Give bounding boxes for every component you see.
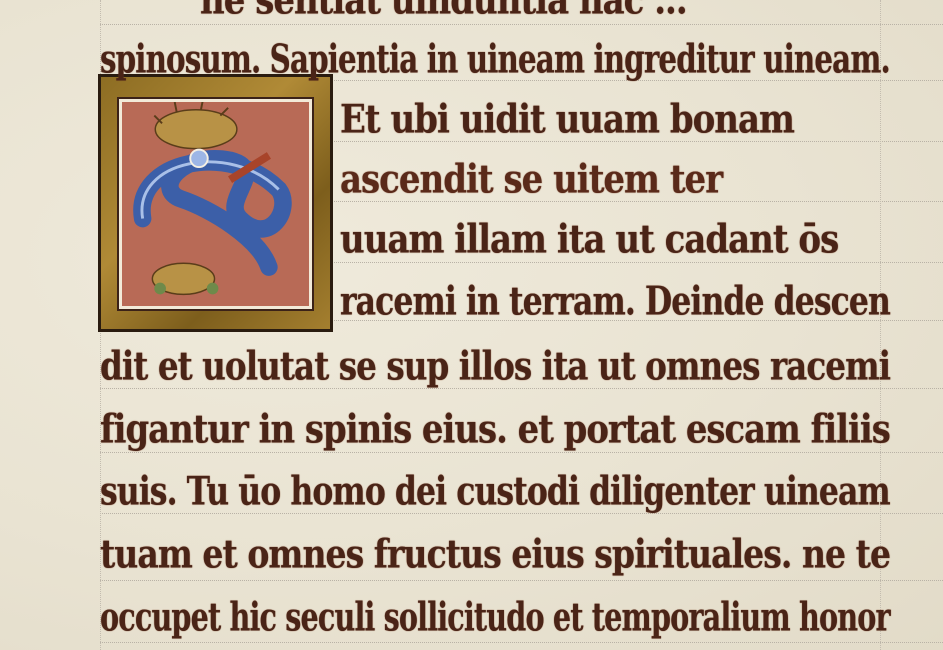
initial-s-icon <box>122 102 309 306</box>
historiated-initial <box>98 74 333 332</box>
text-line-5: racemi in terram. Deinde descen <box>340 279 890 325</box>
text-line-8: suis. Tu ūo homo dei custodi diligenter… <box>100 469 890 515</box>
text-line-3: ascendit se uitem ter <box>340 157 722 203</box>
text-line-7: figantur in spinis eius. et portat escam… <box>100 407 890 453</box>
text-line-10: occupet hic seculi sollicitudo et tempor… <box>100 595 890 641</box>
text-line-1: spinosum. Sapientia in uineam ingreditur… <box>100 37 890 83</box>
text-line-6: dit et uolutat se sup illos ita ut omnes… <box>100 344 890 390</box>
text-line-4: uuam illam ita ut cadant ōs <box>340 217 838 263</box>
text-line-0: ne sentiat uinduntia hac ... <box>200 0 687 24</box>
text-line-9: tuam et omnes fructus eius spirituales. … <box>100 532 890 578</box>
text-line-2: Et ubi uidit uuam bonam <box>340 97 794 143</box>
